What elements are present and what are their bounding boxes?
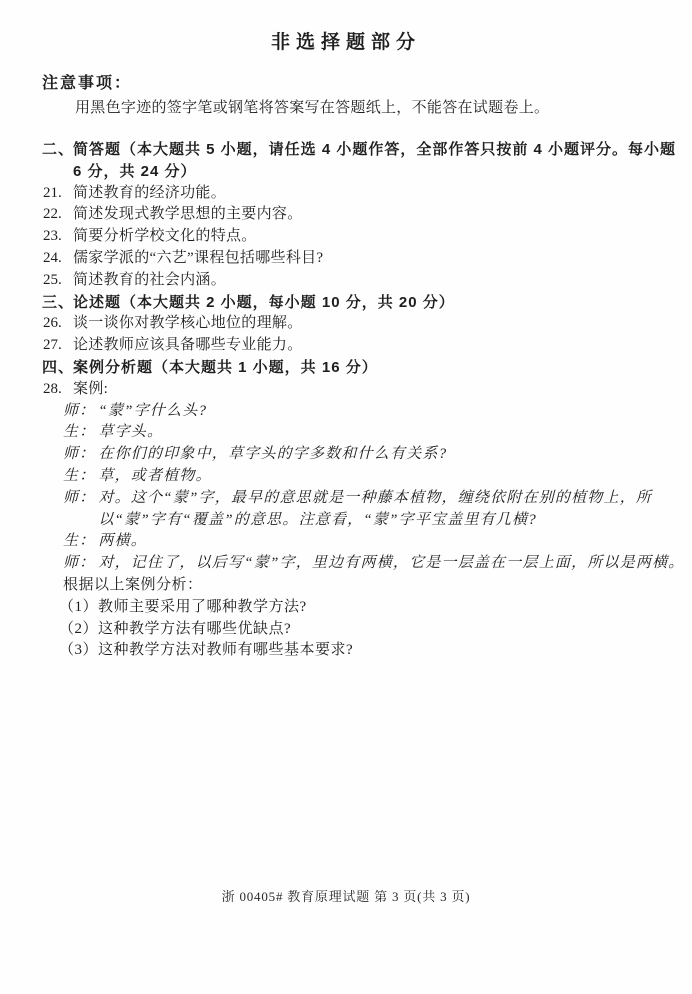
question-row-25: 25. 简述教育的社会内涵。 xyxy=(43,270,662,292)
dialogue-speaker: 生： xyxy=(63,422,95,444)
dialogue-text: 草，或者植物。 xyxy=(98,466,686,488)
section-heading-text: 案例分析题（本大题共 1 小题，共 16 分） xyxy=(73,357,677,379)
dialogue-text: 草字头。 xyxy=(98,422,686,444)
analysis-question-3: （3）这种教学方法对教师有哪些基本要求? xyxy=(59,640,692,662)
dialogue-line-3: 师： 在你们的印象中，草字头的字多数和什么有关系? xyxy=(63,444,686,466)
dialogue-line-1: 师： “蒙”字什么头? xyxy=(63,401,686,423)
question-row-23: 23. 简要分析学校文化的特点。 xyxy=(43,226,662,248)
question-number: 27. xyxy=(43,335,73,357)
question-number: 21. xyxy=(43,183,73,205)
dialogue-text: 对。这个“蒙”字，最早的意思就是一种藤本植物，缠绕依附在别的植物上，所以“蒙”字… xyxy=(98,488,686,532)
dialogue-line-2: 生： 草字头。 xyxy=(63,422,686,444)
question-row-27: 27. 论述教师应该具备哪些专业能力。 xyxy=(43,335,662,357)
question-text: 谈一谈你对教学核心地位的理解。 xyxy=(73,313,662,335)
question-text: 儒家学派的“六艺”课程包括哪些科目? xyxy=(73,248,662,270)
question-text: 简述教育的经济功能。 xyxy=(73,183,662,205)
section-heading-3: 三、 论述题（本大题共 2 小题，每小题 10 分，共 20 分） xyxy=(42,292,677,314)
question-row-22: 22. 简述发现式教学思想的主要内容。 xyxy=(43,204,662,226)
dialogue-line-7: 师： 对，记住了，以后写“蒙”字，里边有两横，它是一层盖在一层上面，所以是两横。 xyxy=(63,553,686,575)
section-heading-2: 二、 简答题（本大题共 5 小题，请任选 4 小题作答，全部作答只按前 4 小题… xyxy=(42,139,677,183)
dialogue-speaker: 师： xyxy=(63,401,95,423)
section-label: 四、 xyxy=(42,357,73,379)
question-number: 25. xyxy=(43,270,73,292)
section-heading-4: 四、 案例分析题（本大题共 1 小题，共 16 分） xyxy=(42,357,677,379)
analysis-question-1: （1）教师主要采用了哪种教学方法? xyxy=(59,597,692,619)
question-text: 简要分析学校文化的特点。 xyxy=(73,226,662,248)
question-row-24: 24. 儒家学派的“六艺”课程包括哪些科目? xyxy=(43,248,662,270)
question-body: 二、 简答题（本大题共 5 小题，请任选 4 小题作答，全部作答只按前 4 小题… xyxy=(0,139,692,662)
question-row-21: 21. 简述教育的经济功能。 xyxy=(43,183,662,205)
exam-paper-page: 非选择题部分 注意事项： 用黑色字迹的签字笔或钢笔将答案写在答题纸上，不能答在试… xyxy=(0,0,692,994)
dialogue-speaker: 师： xyxy=(63,553,95,575)
question-number: 22. xyxy=(43,204,73,226)
section-heading-text: 简答题（本大题共 5 小题，请任选 4 小题作答，全部作答只按前 4 小题评分。… xyxy=(73,139,677,183)
question-row-26: 26. 谈一谈你对教学核心地位的理解。 xyxy=(43,313,662,335)
question-number: 24. xyxy=(43,248,73,270)
dialogue-line-6: 生： 两横。 xyxy=(63,531,686,553)
notice-heading: 注意事项： xyxy=(42,73,692,95)
section-label: 三、 xyxy=(42,292,73,314)
notice-text: 用黑色字迹的签字笔或钢笔将答案写在答题纸上，不能答在试题卷上。 xyxy=(75,97,648,119)
analysis-question-2: （2）这种教学方法有哪些优缺点? xyxy=(59,619,692,641)
dialogue-line-5: 师： 对。这个“蒙”字，最早的意思就是一种藤本植物，缠绕依附在别的植物上，所以“… xyxy=(63,488,686,532)
dialogue-line-4: 生： 草，或者植物。 xyxy=(63,466,686,488)
page-title: 非选择题部分 xyxy=(0,0,692,56)
dialogue-text: 在你们的印象中，草字头的字多数和什么有关系? xyxy=(98,444,686,466)
dialogue-speaker: 生： xyxy=(63,531,95,553)
section-heading-text: 论述题（本大题共 2 小题，每小题 10 分，共 20 分） xyxy=(73,292,677,314)
dialogue-speaker: 生： xyxy=(63,466,95,488)
question-text: 案例: xyxy=(73,379,662,401)
question-number: 23. xyxy=(43,226,73,248)
section-label: 二、 xyxy=(42,139,73,183)
dialogue-speaker: 师： xyxy=(63,444,95,466)
question-text: 简述发现式教学思想的主要内容。 xyxy=(73,204,662,226)
question-row-28: 28. 案例: xyxy=(43,379,662,401)
question-number: 28. xyxy=(43,379,73,401)
dialogue-speaker: 师： xyxy=(63,488,95,532)
dialogue-text: 对，记住了，以后写“蒙”字，里边有两横，它是一层盖在一层上面，所以是两横。 xyxy=(98,553,686,575)
question-number: 26. xyxy=(43,313,73,335)
question-text: 论述教师应该具备哪些专业能力。 xyxy=(73,335,662,357)
dialogue-text: “蒙”字什么头? xyxy=(98,401,686,423)
page-footer: 浙 00405# 教育原理试题 第 3 页(共 3 页) xyxy=(0,886,692,908)
question-text: 简述教育的社会内涵。 xyxy=(73,270,662,292)
analysis-heading: 根据以上案例分析： xyxy=(63,575,692,597)
dialogue-text: 两横。 xyxy=(98,531,686,553)
